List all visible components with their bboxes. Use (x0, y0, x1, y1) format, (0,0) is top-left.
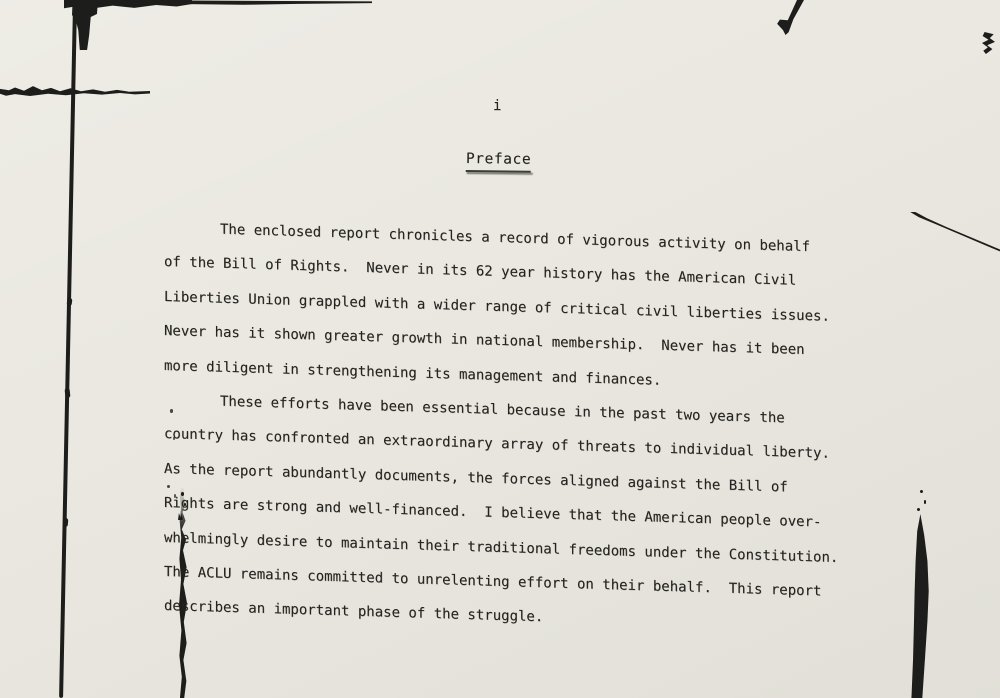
scan-artifact-left-edge-line (59, 4, 76, 698)
scanned-document-page: i Preface The enclosed report chronicles… (0, 0, 1000, 698)
scan-artifact-top-right-wedge (776, 0, 804, 35)
scan-artifact-right-diagonal-line (909, 210, 1000, 251)
ink-speck (920, 490, 923, 493)
ink-speck (917, 508, 920, 511)
scan-artifact-left-horizontal-stroke (0, 84, 150, 98)
scan-artifact-bottom-right-wedge (898, 484, 930, 698)
ink-speck (64, 388, 70, 398)
section-title: Preface (466, 150, 532, 173)
ink-speck (63, 518, 69, 527)
paragraph-1: The enclosed report chronicles a record … (164, 211, 864, 404)
page-number: i (493, 98, 501, 114)
ink-speck (924, 500, 926, 504)
document-body: The enclosed report chronicles a record … (164, 211, 864, 644)
scan-artifact-top-edge-tail (188, 0, 372, 5)
paragraph-2: These efforts have been essential becaus… (164, 383, 864, 645)
scan-artifact-top-right-scribble (982, 32, 995, 54)
ink-speck (66, 298, 72, 307)
